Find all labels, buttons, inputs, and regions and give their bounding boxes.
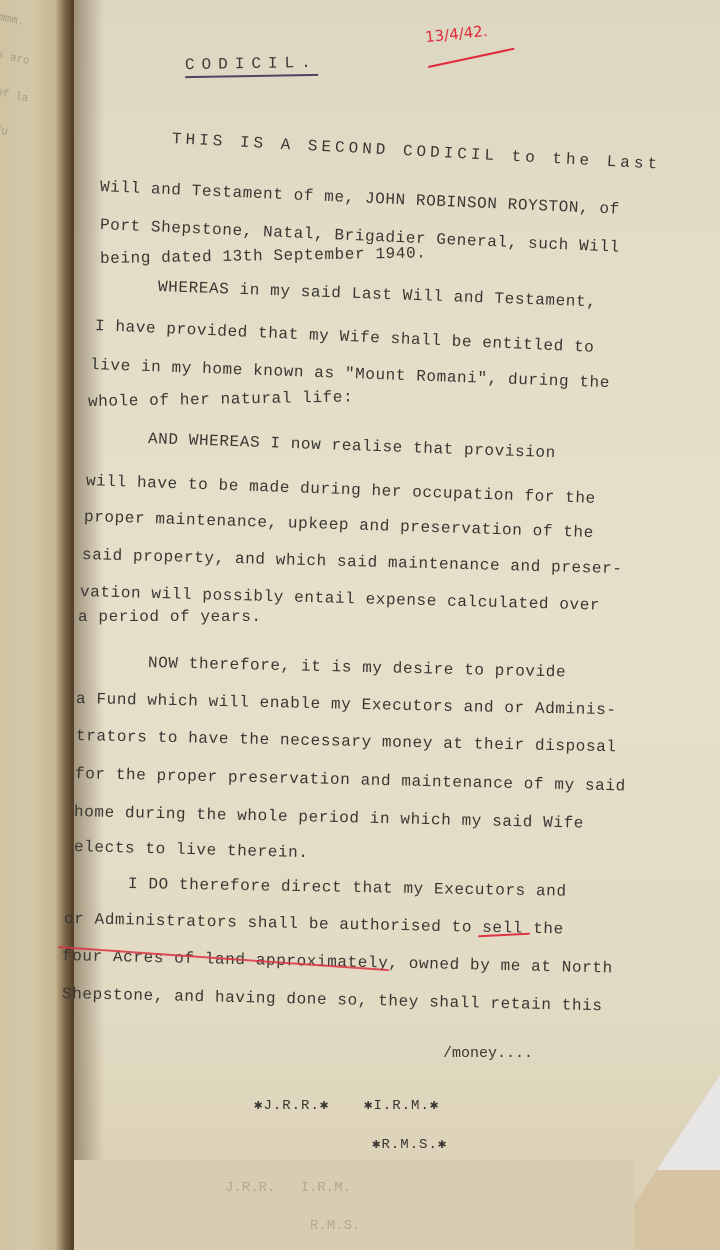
ghost-initials-1: J.R.R. I.R.M. bbox=[225, 1180, 351, 1196]
initials-irm: ✱I.R.M.✱ bbox=[364, 1097, 439, 1114]
text-line: a period of years. bbox=[78, 608, 262, 626]
lower-sheet bbox=[74, 1160, 634, 1250]
initials-text: I.R.M. bbox=[373, 1098, 429, 1114]
initials-jrr: ✱J.R.R.✱ bbox=[254, 1097, 329, 1114]
initials-text: R.M.S. bbox=[381, 1137, 437, 1153]
initials-text: J.R.R. bbox=[263, 1098, 319, 1114]
initials-rms: ✱R.M.S.✱ bbox=[372, 1136, 447, 1153]
facing-page-text: mmm.as aroa of laJ. Juas mmm ababidma as… bbox=[0, 0, 61, 1235]
document-title: CODICIL. bbox=[185, 54, 318, 78]
ghost-initials-2: R.M.S. bbox=[310, 1218, 360, 1234]
continuation-marker: /money.... bbox=[443, 1045, 533, 1062]
